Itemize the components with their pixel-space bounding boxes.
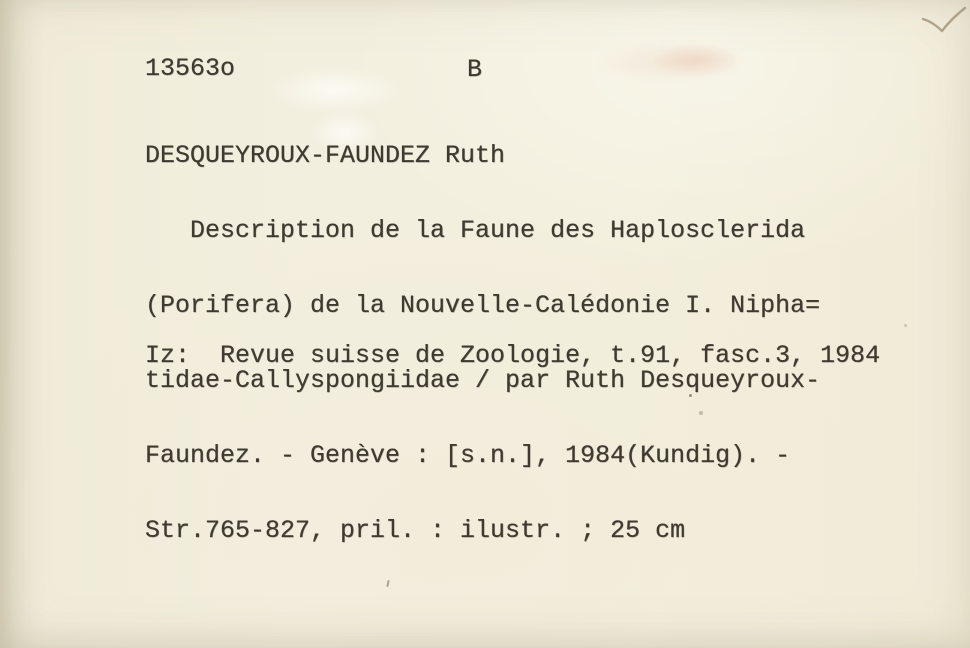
faded-stamp-smudge xyxy=(580,28,780,86)
paper-speck xyxy=(904,324,907,327)
pencil-checkmark-icon xyxy=(916,2,970,38)
author-heading: DESQUEYROUX-FAUNDEZ Ruth xyxy=(145,143,505,168)
bibliographic-description: Description de la Faune des Haplosclerid… xyxy=(145,168,820,593)
classification-letter: B xyxy=(467,57,482,82)
paper-speck xyxy=(689,394,692,397)
description-line: Faundez. - Genève : [s.n.], 1984(Kundig)… xyxy=(145,443,820,468)
paper-speck xyxy=(699,411,703,415)
description-line: Str.765-827, pril. : ilustr. ; 25 cm xyxy=(145,518,820,543)
description-line: tidae-Callyspongiidae / par Ruth Desquey… xyxy=(145,368,820,393)
source-citation: Iz: Revue suisse de Zoologie, t.91, fasc… xyxy=(145,343,880,368)
call-number: 13563o xyxy=(145,56,235,81)
catalog-card: 13563o B DESQUEYROUX-FAUNDEZ Ruth Descri… xyxy=(0,0,970,648)
description-line: (Porifera) de la Nouvelle-Calédonie I. N… xyxy=(145,293,820,318)
description-line: Description de la Faune des Haplosclerid… xyxy=(145,218,820,243)
